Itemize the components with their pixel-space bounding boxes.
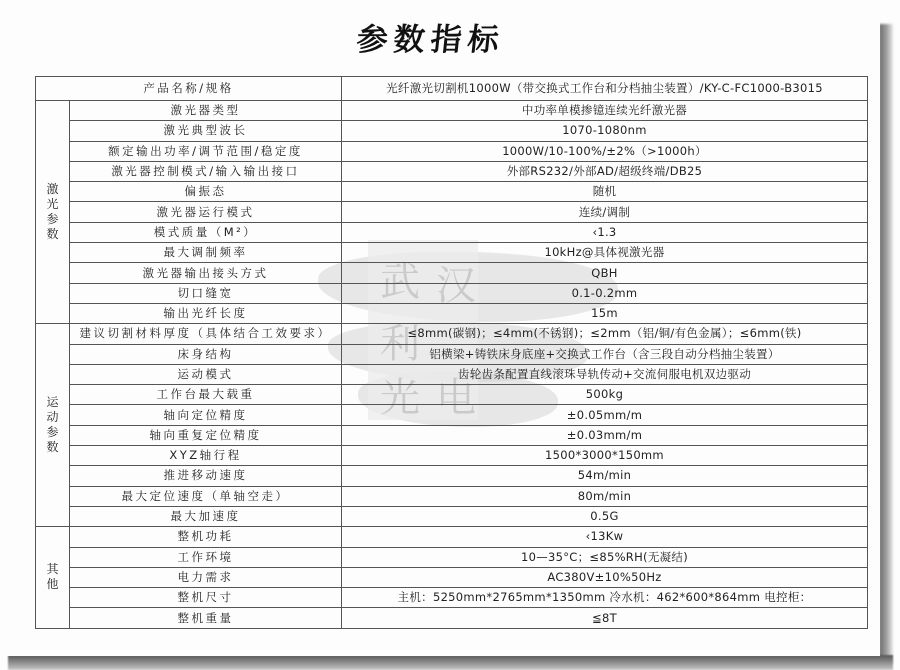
table-row: 激光器控制模式/输入输出接口外部RS232/外部AD/超级终端/DB25 — [36, 161, 868, 181]
param-label: 工作环境 — [70, 547, 342, 567]
param-label: 运动模式 — [70, 364, 342, 384]
param-label: 模式质量（M²） — [70, 222, 342, 242]
table-row: 切口缝宽0.1-0.2mm — [36, 283, 868, 303]
param-label: 推进移动速度 — [70, 466, 342, 486]
group-label-2: 其他 — [36, 527, 70, 628]
table-row: 输出光纤长度15m — [36, 303, 868, 323]
param-label: 激光器控制模式/输入输出接口 — [70, 161, 342, 181]
param-label: XYZ轴行程 — [70, 446, 342, 466]
group-label-char: 激 — [40, 182, 65, 197]
param-label: 最大加速度 — [70, 506, 342, 526]
param-value: 外部RS232/外部AD/超级终端/DB25 — [342, 161, 868, 181]
table-header-row: 产品名称/规格 光纤激光切割机1000W（带交换式工作台和分档抽尘装置）/KY-… — [36, 77, 868, 101]
table-row: 最大调制频率10kHz@具体视激光器 — [36, 243, 868, 263]
page-title: 参数指标 — [0, 14, 864, 59]
table-row: 工作环境10—35°C；≤85%RH(无凝结) — [36, 547, 868, 567]
param-value: 15m — [342, 303, 868, 323]
group-label-char: 参 — [40, 425, 65, 440]
param-value: 1070-1080nm — [342, 121, 868, 141]
param-value: 500kg — [342, 385, 868, 405]
param-label: 切口缝宽 — [70, 283, 342, 303]
param-label: 最大调制频率 — [70, 243, 342, 263]
param-label: 额定输出功率/调节范围/稳定度 — [70, 141, 342, 161]
table-row: 电力需求AC380V±10%50Hz — [36, 567, 868, 587]
param-value: QBH — [342, 263, 868, 283]
param-value: 连续/调制 — [342, 202, 868, 222]
table-row: 偏振态随机 — [36, 182, 868, 202]
group-label-0: 激光参数 — [36, 101, 70, 324]
param-label: 激光典型波长 — [70, 121, 342, 141]
param-value: 0.1-0.2mm — [342, 283, 868, 303]
param-label: 激光器类型 — [70, 101, 342, 121]
param-value: 1500*3000*150mm — [342, 446, 868, 466]
param-label: 电力需求 — [70, 567, 342, 587]
group-label-char: 数 — [40, 440, 65, 455]
param-value: AC380V±10%50Hz — [342, 567, 868, 587]
param-value: ‹13Kw — [342, 527, 868, 547]
param-value: ‹1.3 — [342, 222, 868, 242]
group-label-char: 光 — [40, 197, 65, 212]
table-row: 轴向定位精度±0.05mm/m — [36, 405, 868, 425]
group-label-char: 运 — [40, 395, 65, 410]
param-value: 铝横梁+铸铁床身底座+交换式工作台（含三段自动分档抽尘装置） — [342, 344, 868, 364]
table-row: 工作台最大载重500kg — [36, 385, 868, 405]
group-label-char: 他 — [40, 577, 65, 592]
page-shadow-bottom — [8, 655, 893, 670]
param-label: 偏振态 — [70, 182, 342, 202]
page-shadow-right — [879, 24, 893, 664]
group-label-char: 数 — [40, 227, 65, 242]
param-value: 齿轮齿条配置直线滚珠导轨传动+交流伺服电机双边驱动 — [342, 364, 868, 384]
param-label: 最大定位速度（单轴空走） — [70, 486, 342, 506]
table-row: 最大定位速度（单轴空走）80m/min — [36, 486, 868, 506]
param-label: 轴向重复定位精度 — [70, 425, 342, 445]
param-label: 工作台最大载重 — [70, 385, 342, 405]
param-value: 中功率单模掺镱连续光纤激光器 — [342, 101, 868, 121]
param-value: 10kHz@具体视激光器 — [342, 243, 868, 263]
param-value: 1000W/10-100%/±2%（>1000h） — [342, 141, 868, 161]
param-value: 0.5G — [342, 506, 868, 526]
table-row: 整机尺寸主机：5250mm*2765mm*1350mm 冷水机：462*600*… — [36, 588, 868, 608]
header-label: 产品名称/规格 — [36, 77, 342, 101]
table-row: 其他整机功耗‹13Kw — [36, 527, 868, 547]
table-row: 运动参数建议切割材料厚度（具体结合工效要求）≤8mm(碳钢)；≤4mm(不锈钢)… — [36, 324, 868, 344]
table-row: 推进移动速度54m/min — [36, 466, 868, 486]
param-label: 整机尺寸 — [70, 588, 342, 608]
param-label: 床身结构 — [70, 344, 342, 364]
param-label: 激光器运行模式 — [70, 202, 342, 222]
group-label-char: 参 — [40, 212, 65, 227]
param-value: ≤8mm(碳钢)；≤4mm(不锈钢)；≤2mm（铝/铜/有色金属）；≤6mm(铁… — [342, 324, 868, 344]
spec-sheet: 参数指标 武 汉 利 光 电 产品名称/规格 光纤激光切割机1000W（带交换式… — [0, 0, 880, 656]
param-value: 54m/min — [342, 466, 868, 486]
param-label: 建议切割材料厚度（具体结合工效要求） — [70, 324, 342, 344]
param-value: 10—35°C；≤85%RH(无凝结) — [342, 547, 868, 567]
param-label: 整机重量 — [70, 608, 342, 628]
table-row: 激光器输出接头方式QBH — [36, 263, 868, 283]
group-label-1: 运动参数 — [36, 324, 70, 527]
table-row: 激光参数激光器类型中功率单模掺镱连续光纤激光器 — [36, 101, 868, 121]
param-value: 80m/min — [342, 486, 868, 506]
table-row: 轴向重复定位精度±0.03mm/m — [36, 425, 868, 445]
table-row: 床身结构铝横梁+铸铁床身底座+交换式工作台（含三段自动分档抽尘装置） — [36, 344, 868, 364]
param-label: 输出光纤长度 — [70, 303, 342, 323]
param-value: ≦8T — [342, 608, 868, 628]
param-value: 随机 — [342, 182, 868, 202]
group-label-char: 其 — [40, 562, 65, 577]
param-label: 激光器输出接头方式 — [70, 263, 342, 283]
table-row: 最大加速度0.5G — [36, 506, 868, 526]
table-row: 激光典型波长1070-1080nm — [36, 121, 868, 141]
param-value: ±0.03mm/m — [342, 425, 868, 445]
table-row: 运动模式齿轮齿条配置直线滚珠导轨传动+交流伺服电机双边驱动 — [36, 364, 868, 384]
param-label: 整机功耗 — [70, 527, 342, 547]
param-value: ±0.05mm/m — [342, 405, 868, 425]
table-row: XYZ轴行程1500*3000*150mm — [36, 446, 868, 466]
spec-table: 产品名称/规格 光纤激光切割机1000W（带交换式工作台和分档抽尘装置）/KY-… — [35, 76, 868, 629]
param-label: 轴向定位精度 — [70, 405, 342, 425]
param-value: 主机：5250mm*2765mm*1350mm 冷水机：462*600*864m… — [342, 588, 868, 608]
table-row: 额定输出功率/调节范围/稳定度1000W/10-100%/±2%（>1000h） — [36, 141, 868, 161]
table-row: 模式质量（M²）‹1.3 — [36, 222, 868, 242]
table-row: 激光器运行模式连续/调制 — [36, 202, 868, 222]
header-value: 光纤激光切割机1000W（带交换式工作台和分档抽尘装置）/KY-C-FC1000… — [342, 77, 868, 101]
table-row: 整机重量≦8T — [36, 608, 868, 628]
group-label-char: 动 — [40, 410, 65, 425]
